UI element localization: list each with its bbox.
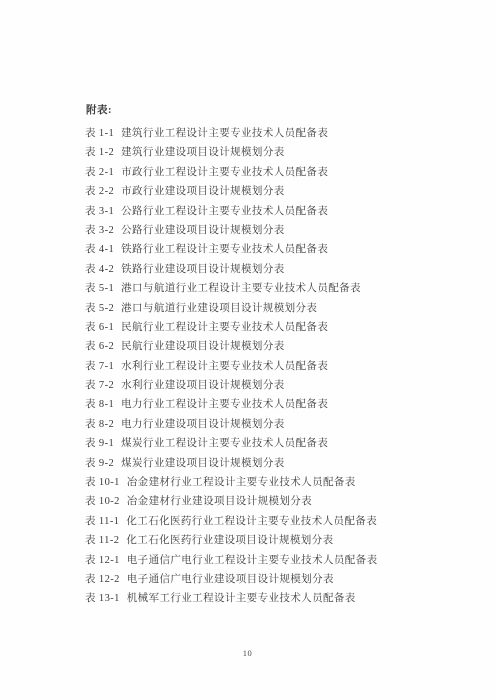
list-item: 表 8-1电力行业工程设计主要专业技术人员配备表: [85, 395, 377, 414]
table-title-label: 电子通信广电行业建设项目设计规模划分表: [127, 574, 334, 585]
list-item: 表 6-1民航行业工程设计主要专业技术人员配备表: [85, 318, 377, 337]
table-number-label: 表 2-2: [85, 182, 114, 201]
appendix-heading: 附表:: [86, 104, 112, 118]
table-number-label: 表 6-2: [85, 337, 114, 356]
table-title-label: 市政行业建设项目设计规模划分表: [121, 186, 285, 197]
list-item: 表 1-1建筑行业工程设计主要专业技术人员配备表: [85, 124, 377, 143]
table-title-label: 水利行业建设项目设计规模划分表: [121, 380, 285, 391]
list-item: 表 11-2化工石化医药行业建设项目设计规模划分表: [85, 531, 377, 550]
list-item: 表 12-1电子通信广电行业工程设计主要专业技术人员配备表: [85, 551, 377, 570]
list-item: 表 5-1港口与航道行业工程设计主要专业技术人员配备表: [85, 279, 377, 298]
list-item: 表 6-2民航行业建设项目设计规模划分表: [85, 337, 377, 356]
table-number-label: 表 1-2: [85, 143, 114, 162]
document-page: 附表: 表 1-1建筑行业工程设计主要专业技术人员配备表 表 1-2建筑行业建设…: [0, 0, 495, 700]
table-number-label: 表 11-2: [85, 531, 119, 550]
table-number-label: 表 7-1: [85, 357, 114, 376]
table-number-label: 表 4-1: [85, 240, 114, 259]
table-title-label: 水利行业工程设计主要专业技术人员配备表: [121, 361, 328, 372]
list-item: 表 1-2建筑行业建设项目设计规模划分表: [85, 143, 377, 162]
table-number-label: 表 8-2: [85, 415, 114, 434]
list-item: 表 10-2冶金建材行业建设项目设计规模划分表: [85, 492, 377, 511]
table-title-label: 建筑行业建设项目设计规模划分表: [121, 147, 285, 158]
list-item: 表 3-1公路行业工程设计主要专业技术人员配备表: [85, 202, 377, 221]
table-title-label: 铁路行业工程设计主要专业技术人员配备表: [121, 244, 328, 255]
table-title-label: 建筑行业工程设计主要专业技术人员配备表: [121, 128, 328, 139]
table-title-label: 电子通信广电行业工程设计主要专业技术人员配备表: [127, 555, 378, 566]
table-number-label: 表 12-1: [85, 551, 120, 570]
table-title-label: 铁路行业建设项目设计规模划分表: [121, 264, 285, 275]
list-item: 表 7-1水利行业工程设计主要专业技术人员配备表: [85, 357, 377, 376]
table-title-label: 市政行业工程设计主要专业技术人员配备表: [121, 167, 328, 178]
list-item: 表 4-1铁路行业工程设计主要专业技术人员配备表: [85, 240, 377, 259]
list-item: 表 3-2公路行业建设项目设计规模划分表: [85, 221, 377, 240]
table-number-label: 表 7-2: [85, 376, 114, 395]
table-number-label: 表 5-1: [85, 279, 114, 298]
table-number-label: 表 9-1: [85, 434, 114, 453]
table-number-label: 表 3-2: [85, 221, 114, 240]
table-title-label: 电力行业工程设计主要专业技术人员配备表: [121, 399, 328, 410]
list-item: 表 9-1煤炭行业工程设计主要专业技术人员配备表: [85, 434, 377, 453]
table-number-label: 表 13-1: [85, 589, 120, 608]
list-item: 表 10-1冶金建材行业工程设计主要专业技术人员配备表: [85, 473, 377, 492]
list-item: 表 4-2铁路行业建设项目设计规模划分表: [85, 260, 377, 279]
table-title-label: 煤炭行业建设项目设计规模划分表: [121, 458, 285, 469]
table-title-label: 电力行业建设项目设计规模划分表: [121, 419, 285, 430]
table-number-label: 表 6-1: [85, 318, 114, 337]
list-item: 表 12-2电子通信广电行业建设项目设计规模划分表: [85, 570, 377, 589]
list-item: 表 2-2市政行业建设项目设计规模划分表: [85, 182, 377, 201]
table-number-label: 表 12-2: [85, 570, 120, 589]
list-item: 表 11-1化工石化医药行业工程设计主要专业技术人员配备表: [85, 512, 377, 531]
table-number-label: 表 4-2: [85, 260, 114, 279]
list-item: 表 2-1市政行业工程设计主要专业技术人员配备表: [85, 163, 377, 182]
table-title-label: 公路行业工程设计主要专业技术人员配备表: [121, 206, 328, 217]
table-title-label: 民航行业工程设计主要专业技术人员配备表: [121, 322, 328, 333]
table-number-label: 表 10-1: [85, 473, 120, 492]
table-title-label: 冶金建材行业建设项目设计规模划分表: [127, 496, 312, 507]
list-item: 表 9-2煤炭行业建设项目设计规模划分表: [85, 454, 377, 473]
list-item: 表 7-2水利行业建设项目设计规模划分表: [85, 376, 377, 395]
list-item: 表 5-2港口与航道行业建设项目设计规模划分表: [85, 299, 377, 318]
appendix-table-list: 表 1-1建筑行业工程设计主要专业技术人员配备表 表 1-2建筑行业建设项目设计…: [85, 124, 377, 609]
table-title-label: 民航行业建设项目设计规模划分表: [121, 341, 285, 352]
table-title-label: 机械军工行业工程设计主要专业技术人员配备表: [127, 593, 356, 604]
table-title-label: 冶金建材行业工程设计主要专业技术人员配备表: [127, 477, 356, 488]
table-number-label: 表 11-1: [85, 512, 119, 531]
table-number-label: 表 10-2: [85, 492, 120, 511]
table-title-label: 化工石化医药行业建设项目设计规模划分表: [126, 535, 333, 546]
table-title-label: 公路行业建设项目设计规模划分表: [121, 225, 285, 236]
table-number-label: 表 3-1: [85, 202, 114, 221]
list-item: 表 13-1机械军工行业工程设计主要专业技术人员配备表: [85, 589, 377, 608]
table-title-label: 煤炭行业工程设计主要专业技术人员配备表: [121, 438, 328, 449]
table-number-label: 表 9-2: [85, 454, 114, 473]
table-number-label: 表 5-2: [85, 299, 114, 318]
table-title-label: 化工石化医药行业工程设计主要专业技术人员配备表: [126, 516, 377, 527]
page-number: 10: [0, 648, 495, 658]
table-number-label: 表 8-1: [85, 395, 114, 414]
table-title-label: 港口与航道行业工程设计主要专业技术人员配备表: [121, 283, 361, 294]
table-number-label: 表 1-1: [85, 124, 114, 143]
table-title-label: 港口与航道行业建设项目设计规模划分表: [121, 303, 317, 314]
table-number-label: 表 2-1: [85, 163, 114, 182]
list-item: 表 8-2电力行业建设项目设计规模划分表: [85, 415, 377, 434]
